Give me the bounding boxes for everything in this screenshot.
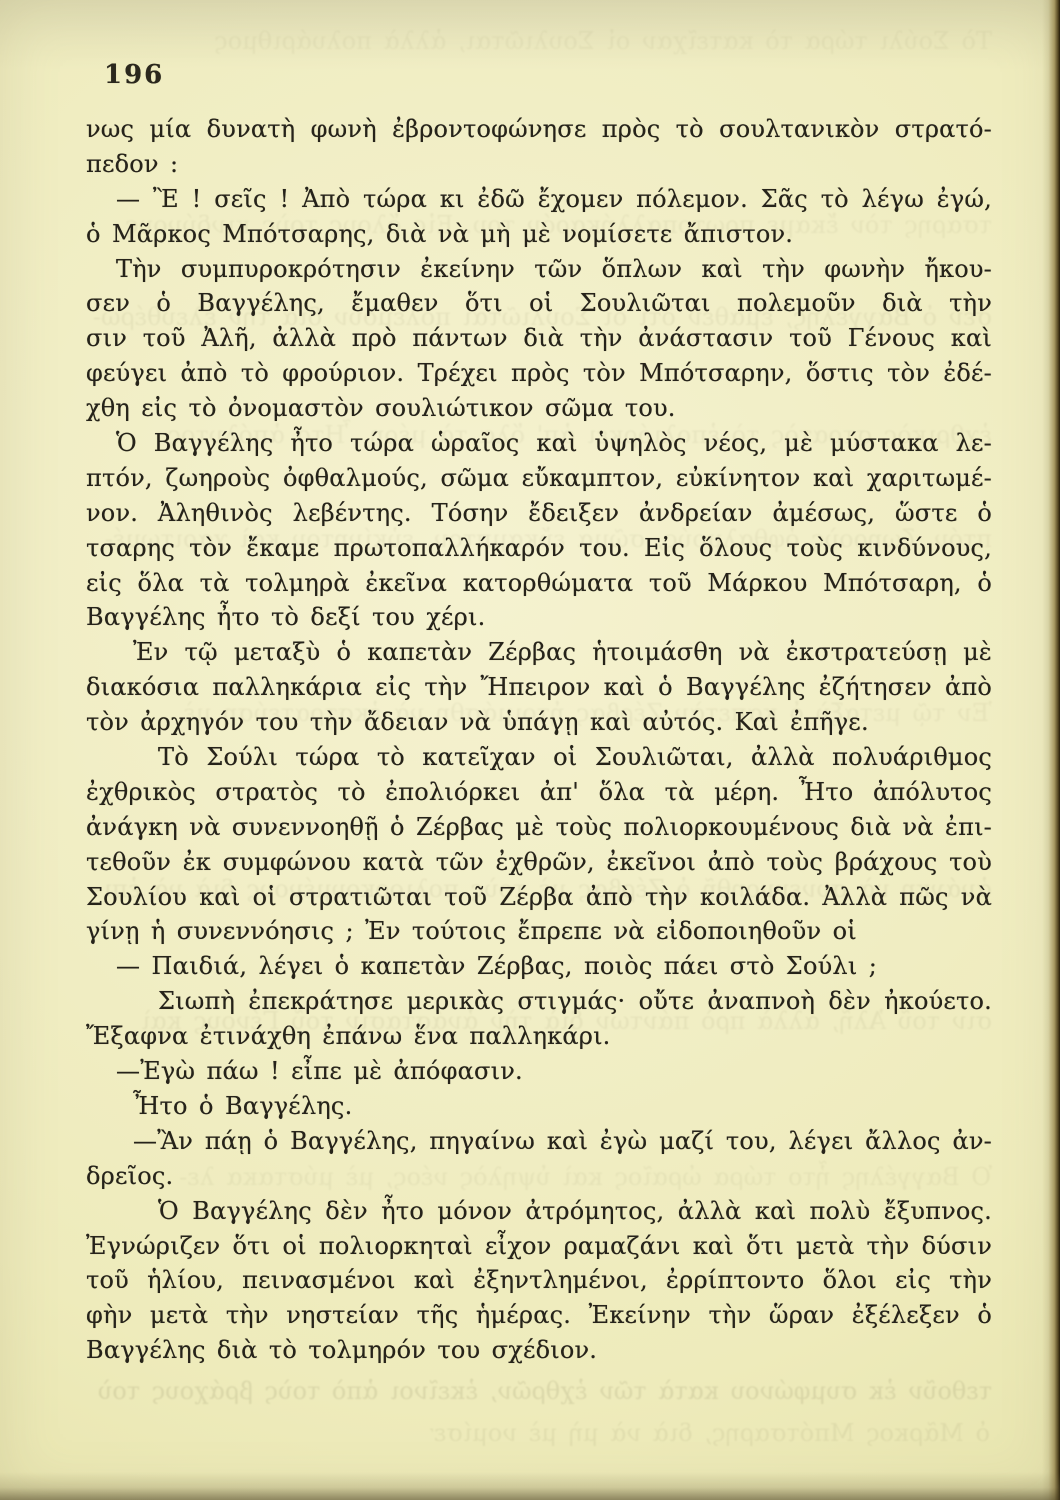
text-line: Ἦτο ὁ Βαγγέλης.: [86, 1089, 992, 1124]
text-line: τεθοῦν ἐκ συμφώνου κατὰ τῶν ἐχθρῶν, ἐκεῖ…: [86, 845, 992, 880]
text-line: ἐχθρικὸς στρατὸς τὸ ἐπολιόρκει ἀπ' ὅλα τ…: [86, 775, 992, 810]
bleed-through-text: τεθοῦν ἐκ συμφώνου κατὰ τῶν ἐχθρῶν, ἐκεῖ…: [86, 1374, 992, 1408]
text-line: Τὸ Σούλι τώρα τὸ κατεῖχαν οἱ Σουλιῶται, …: [86, 740, 992, 775]
text-line: πεδον :: [86, 147, 992, 182]
text-line: τσαρης τὸν ἔκαμε πρωτοπαλλήκαρόν του. Εἰ…: [86, 531, 992, 566]
text-block: νως μία δυνατὴ φωνὴ ἐβροντοφώνησε πρὸς τ…: [86, 112, 992, 1368]
text-line: δρεῖος.: [86, 1159, 992, 1194]
page-edge-shadow-bottom: [0, 1472, 1060, 1500]
text-line: Βαγγέλης ἦτο τὸ δεξί του χέρι.: [86, 600, 992, 635]
text-line: φὴν μετὰ τὴν νηστείαν τῆς ἡμέρας. Ἐκείνη…: [86, 1298, 992, 1333]
text-line: Ἐν τῷ μεταξὺ ὁ καπετὰν Ζέρβας ἡτοιμάσθη …: [86, 635, 992, 670]
book-page: Τὸ Σούλι τώρα τὸ κατεῖχαν οἱ Σουλιῶται, …: [0, 0, 1060, 1500]
text-line: νον. Ἀληθινὸς λεβέντης. Τόσην ἔδειξεν ἀν…: [86, 496, 992, 531]
bleed-through-text: ὁ Μᾶρκος Μπότσαρης, διὰ νὰ μὴ μὲ νομίσετ…: [430, 1416, 990, 1450]
text-line: Σιωπὴ ἐπεκράτησε μερικὰς στιγμάς· οὔτε ἀ…: [86, 984, 992, 1019]
page-number: 196: [104, 60, 164, 90]
text-line: — Παιδιά, λέγει ὁ καπετὰν Ζέρβας, ποιὸς …: [86, 949, 992, 984]
text-line: Σουλίου καὶ οἱ στρατιῶται τοῦ Ζέρβα ἀπὸ …: [86, 880, 992, 915]
text-line: Ὁ Βαγγέλης ἦτο τώρα ὡραῖος καὶ ὑψηλὸς νέ…: [86, 426, 992, 461]
text-line: φεύγει ἀπὸ τὸ φρούριον. Τρέχει πρὸς τὸν …: [86, 356, 992, 391]
text-line: Ἐγνώριζεν ὅτι οἱ πολιορκηταὶ εἶχον ραμαζ…: [86, 1229, 992, 1264]
text-line: τὸν ἀρχηγόν του τὴν ἄδειαν νὰ ὑπάγῃ καὶ …: [86, 705, 992, 740]
text-line: —Ἐγὼ πάω ! εἶπε μὲ ἀπόφασιν.: [86, 1054, 992, 1089]
text-line: γίνῃ ἡ συνεννόησις ; Ἐν τούτοις ἔπρεπε ν…: [86, 914, 992, 949]
text-line: χθη εἰς τὸ ὀνομαστὸν σουλιώτικον σῶμα το…: [86, 391, 992, 426]
text-line: σεν ὁ Βαγγέλης, ἔμαθεν ὅτι οἱ Σουλιῶται …: [86, 286, 992, 321]
text-line: ἀνάγκη νὰ συνεννοηθῇ ὁ Ζέρβας μὲ τοὺς πο…: [86, 810, 992, 845]
text-line: ὁ Μᾶρκος Μπότσαρης, διὰ νὰ μὴ μὲ νομίσετ…: [86, 217, 992, 252]
page-edge-shadow-right: [1042, 0, 1060, 1500]
text-line: Ὁ Βαγγέλης δὲν ἦτο μόνον ἀτρόμητος, ἀλλὰ…: [86, 1194, 992, 1229]
text-line: — Ἒ ! σεῖς ! Ἀπὸ τώρα κι ἐδῶ ἔχομεν πόλε…: [86, 182, 992, 217]
text-line: Τὴν συμπυροκρότησιν ἐκείνην τῶν ὅπλων κα…: [86, 252, 992, 287]
text-line: Βαγγέλης διὰ τὸ τολμηρόν του σχέδιον.: [86, 1333, 992, 1368]
text-line: Ἔξαφνα ἐτινάχθη ἐπάνω ἕνα παλληκάρι.: [86, 1019, 992, 1054]
text-line: σιν τοῦ Ἀλῆ, ἀλλὰ πρὸ πάντων διὰ τὴν ἀνά…: [86, 321, 992, 356]
text-line: πτόν, ζωηροὺς ὀφθαλμούς, σῶμα εὔκαμπτον,…: [86, 461, 992, 496]
bleed-through-text: Τὸ Σούλι τώρα τὸ κατεῖχαν οἱ Σουλιῶται, …: [86, 24, 992, 58]
text-line: τοῦ ἡλίου, πεινασμένοι καὶ ἐξηντλημένοι,…: [86, 1263, 992, 1298]
text-line: νως μία δυνατὴ φωνὴ ἐβροντοφώνησε πρὸς τ…: [86, 112, 992, 147]
text-line: διακόσια παλληκάρια εἰς τὴν Ἤπειρον καὶ …: [86, 670, 992, 705]
text-line: —Ἂν πάῃ ὁ Βαγγέλης, πηγαίνω καὶ ἐγὼ μαζί…: [86, 1124, 992, 1159]
text-line: εἰς ὅλα τὰ τολμηρὰ ἐκεῖνα κατορθώματα το…: [86, 566, 992, 601]
